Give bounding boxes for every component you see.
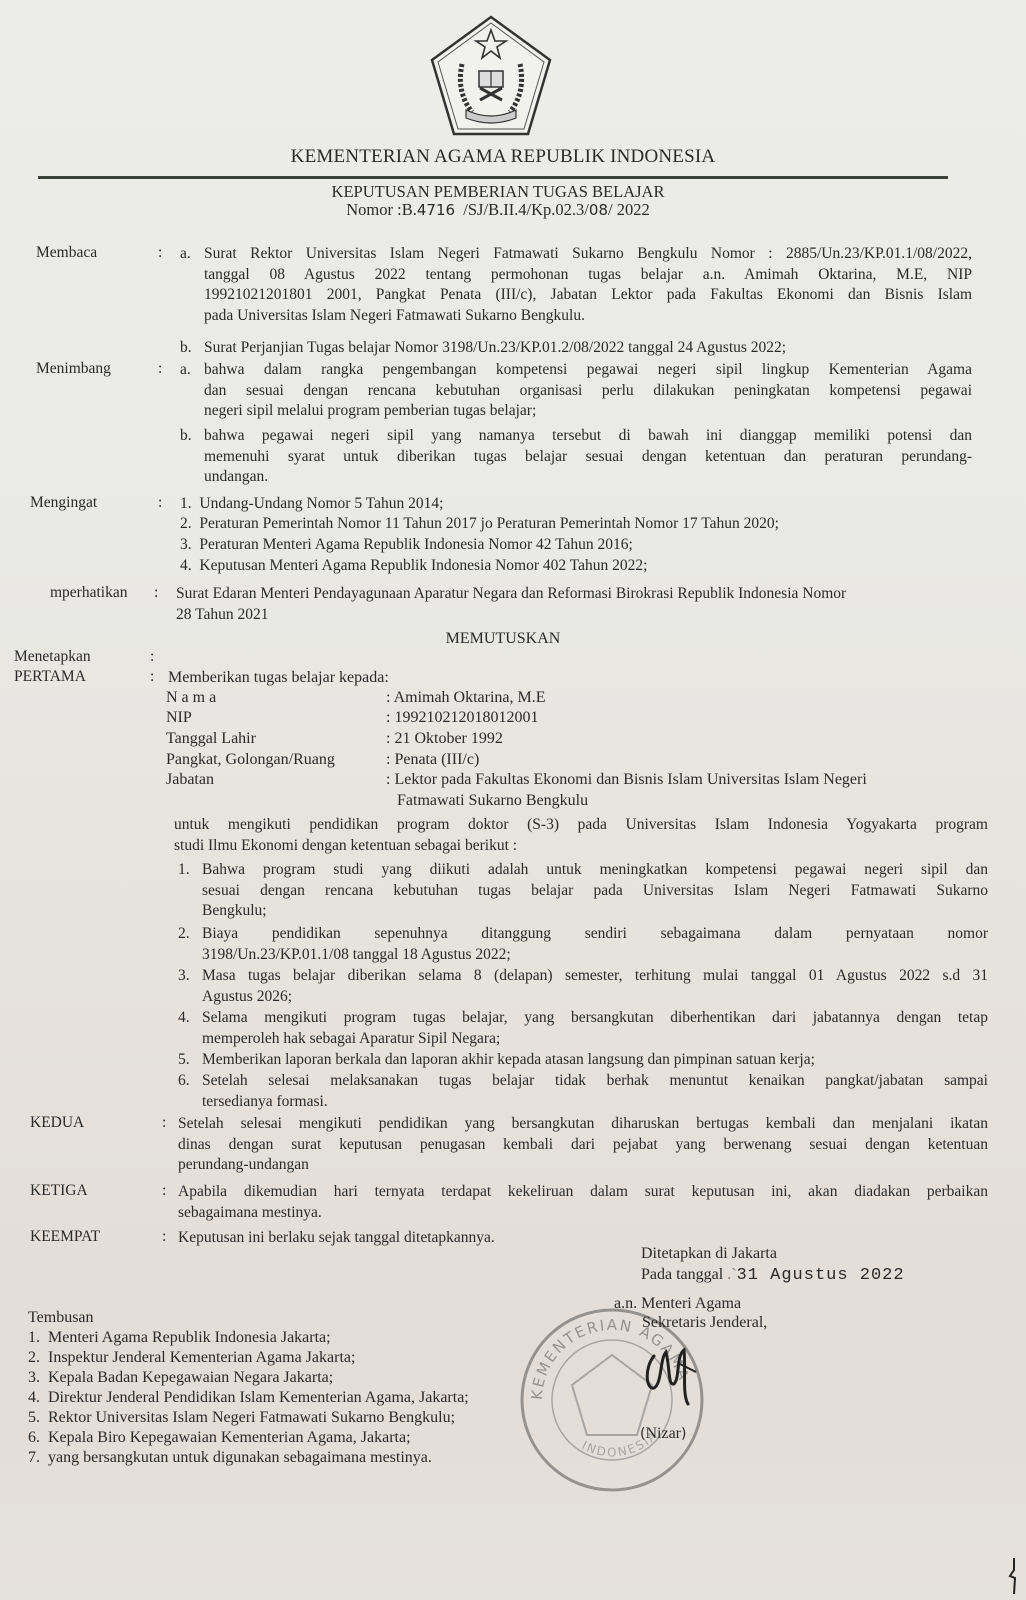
place-of-issue: Ditetapkan di Jakarta xyxy=(641,1244,777,1265)
decree-number: Nomor :B.4716 /SJ/B.II.4/Kp.02.3/08/ 202… xyxy=(0,201,1026,219)
keempat-label: KEEMPAT xyxy=(30,1228,100,1246)
mengingat-label: Mengingat xyxy=(30,494,97,512)
recipient-birthdate: 21 Oktober 1992 xyxy=(394,730,502,747)
tembusan-label: Tembusan xyxy=(28,1308,94,1329)
condition-item: Setelah selesai melaksanakan tugas belaj… xyxy=(202,1071,988,1112)
ketiga-label: KETIGA xyxy=(30,1182,88,1200)
keempat-text: Keputusan ini berlaku sejak tanggal dite… xyxy=(178,1228,495,1249)
mengingat-item: 4. Keputusan Menteri Agama Republik Indo… xyxy=(180,556,647,577)
recipient-position: Lektor pada Fakultas Ekonomi dan Bisnis … xyxy=(394,771,866,788)
tembusan-item: 3. Kepala Badan Kepegawaian Negara Jakar… xyxy=(28,1368,333,1388)
recipient-name: Amimah Oktarina, M.E xyxy=(394,689,546,706)
tembusan-item: 5. Rektor Universitas Islam Negeri Fatma… xyxy=(28,1408,455,1428)
decree-title: KEPUTUSAN PEMBERIAN TUGAS BELAJAR xyxy=(0,183,1026,201)
membaca-item-b: Surat Perjanjian Tugas belajar Nomor 319… xyxy=(204,338,972,359)
ministry-emblem-icon xyxy=(428,14,554,138)
memutuskan-heading: MEMUTUSKAN xyxy=(0,630,1026,648)
pen-mark-icon xyxy=(1008,1556,1020,1596)
menimbang-item-a: bahwa dalam rangka pengembangan kompeten… xyxy=(204,360,972,422)
membaca-label: Membaca xyxy=(36,244,97,262)
condition-item: Selama mengikuti program tugas belajar, … xyxy=(202,1008,988,1049)
kedua-text: Setelah selesai mengikuti pendidikan yan… xyxy=(178,1114,988,1176)
kedua-label: KEDUA xyxy=(30,1114,84,1132)
signature-icon xyxy=(640,1338,710,1408)
recipient-rank: Penata (III/c) xyxy=(394,751,479,768)
tembusan-item: 4. Direktur Jenderal Pendidikan Islam Ke… xyxy=(28,1388,469,1408)
condition-item: Biaya pendidikan sepenuhnya ditanggung s… xyxy=(202,924,988,965)
menimbang-item-b: bahwa pegawai negeri sipil yang namanya … xyxy=(204,426,972,488)
menetapkan-label: Menetapkan xyxy=(14,648,91,666)
menimbang-label: Menimbang xyxy=(36,360,111,378)
tembusan-item: 7. yang bersangkutan untuk digunakan seb… xyxy=(28,1448,432,1468)
mengingat-item: 3. Peraturan Menteri Agama Republik Indo… xyxy=(180,535,633,556)
mengingat-item: 1. Undang-Undang Nomor 5 Tahun 2014; xyxy=(180,494,443,515)
pertama-label: PERTAMA xyxy=(14,668,86,686)
memperhatikan-text: Surat Edaran Menteri Pendayagunaan Apara… xyxy=(176,584,986,625)
ketiga-text: Apabila dikemudian hari ternyata terdapa… xyxy=(178,1182,988,1223)
decree-title-block: KEPUTUSAN PEMBERIAN TUGAS BELAJAR Nomor … xyxy=(0,183,1026,219)
pertama-intro: Memberikan tugas belajar kepada: xyxy=(168,668,389,689)
mengingat-item: 2. Peraturan Pemerintah Nomor 11 Tahun 2… xyxy=(180,514,779,535)
recipient-nip: 199210212018012001 xyxy=(394,709,538,726)
membaca-item-a: Surat Rektor Universitas Islam Negeri Fa… xyxy=(204,244,972,326)
tembusan-item: 6. Kepala Biro Kepegawaian Kementerian A… xyxy=(28,1428,411,1448)
signatory-name: (Nizar) xyxy=(640,1424,686,1445)
pertama-body: untuk mengikuti pendidikan program dokto… xyxy=(174,815,988,856)
tembusan-item: 1. Menteri Agama Republik Indonesia Jaka… xyxy=(28,1328,331,1348)
on-behalf-of: a.n. Menteri Agama xyxy=(614,1294,741,1315)
memperhatikan-label: mperhatikan xyxy=(50,584,127,602)
decree-document: KEMENTERIAN AGAMA REPUBLIK INDONESIA KEP… xyxy=(0,0,1026,1600)
date-of-issue: Pada tanggal .`31 Agustus 2022 xyxy=(641,1265,905,1287)
header-rule xyxy=(38,176,948,179)
condition-item: Bahwa program studi yang diikuti adalah … xyxy=(202,860,988,922)
tembusan-item: 2. Inspektur Jenderal Kementerian Agama … xyxy=(28,1348,355,1368)
condition-item: Memberikan laporan berkala dan laporan a… xyxy=(202,1050,988,1071)
signatory-position: Sekretaris Jenderal, xyxy=(642,1313,767,1334)
ministry-name: KEMENTERIAN AGAMA REPUBLIK INDONESIA xyxy=(0,146,1026,168)
condition-item: Masa tugas belajar diberikan selama 8 (d… xyxy=(202,966,988,1007)
